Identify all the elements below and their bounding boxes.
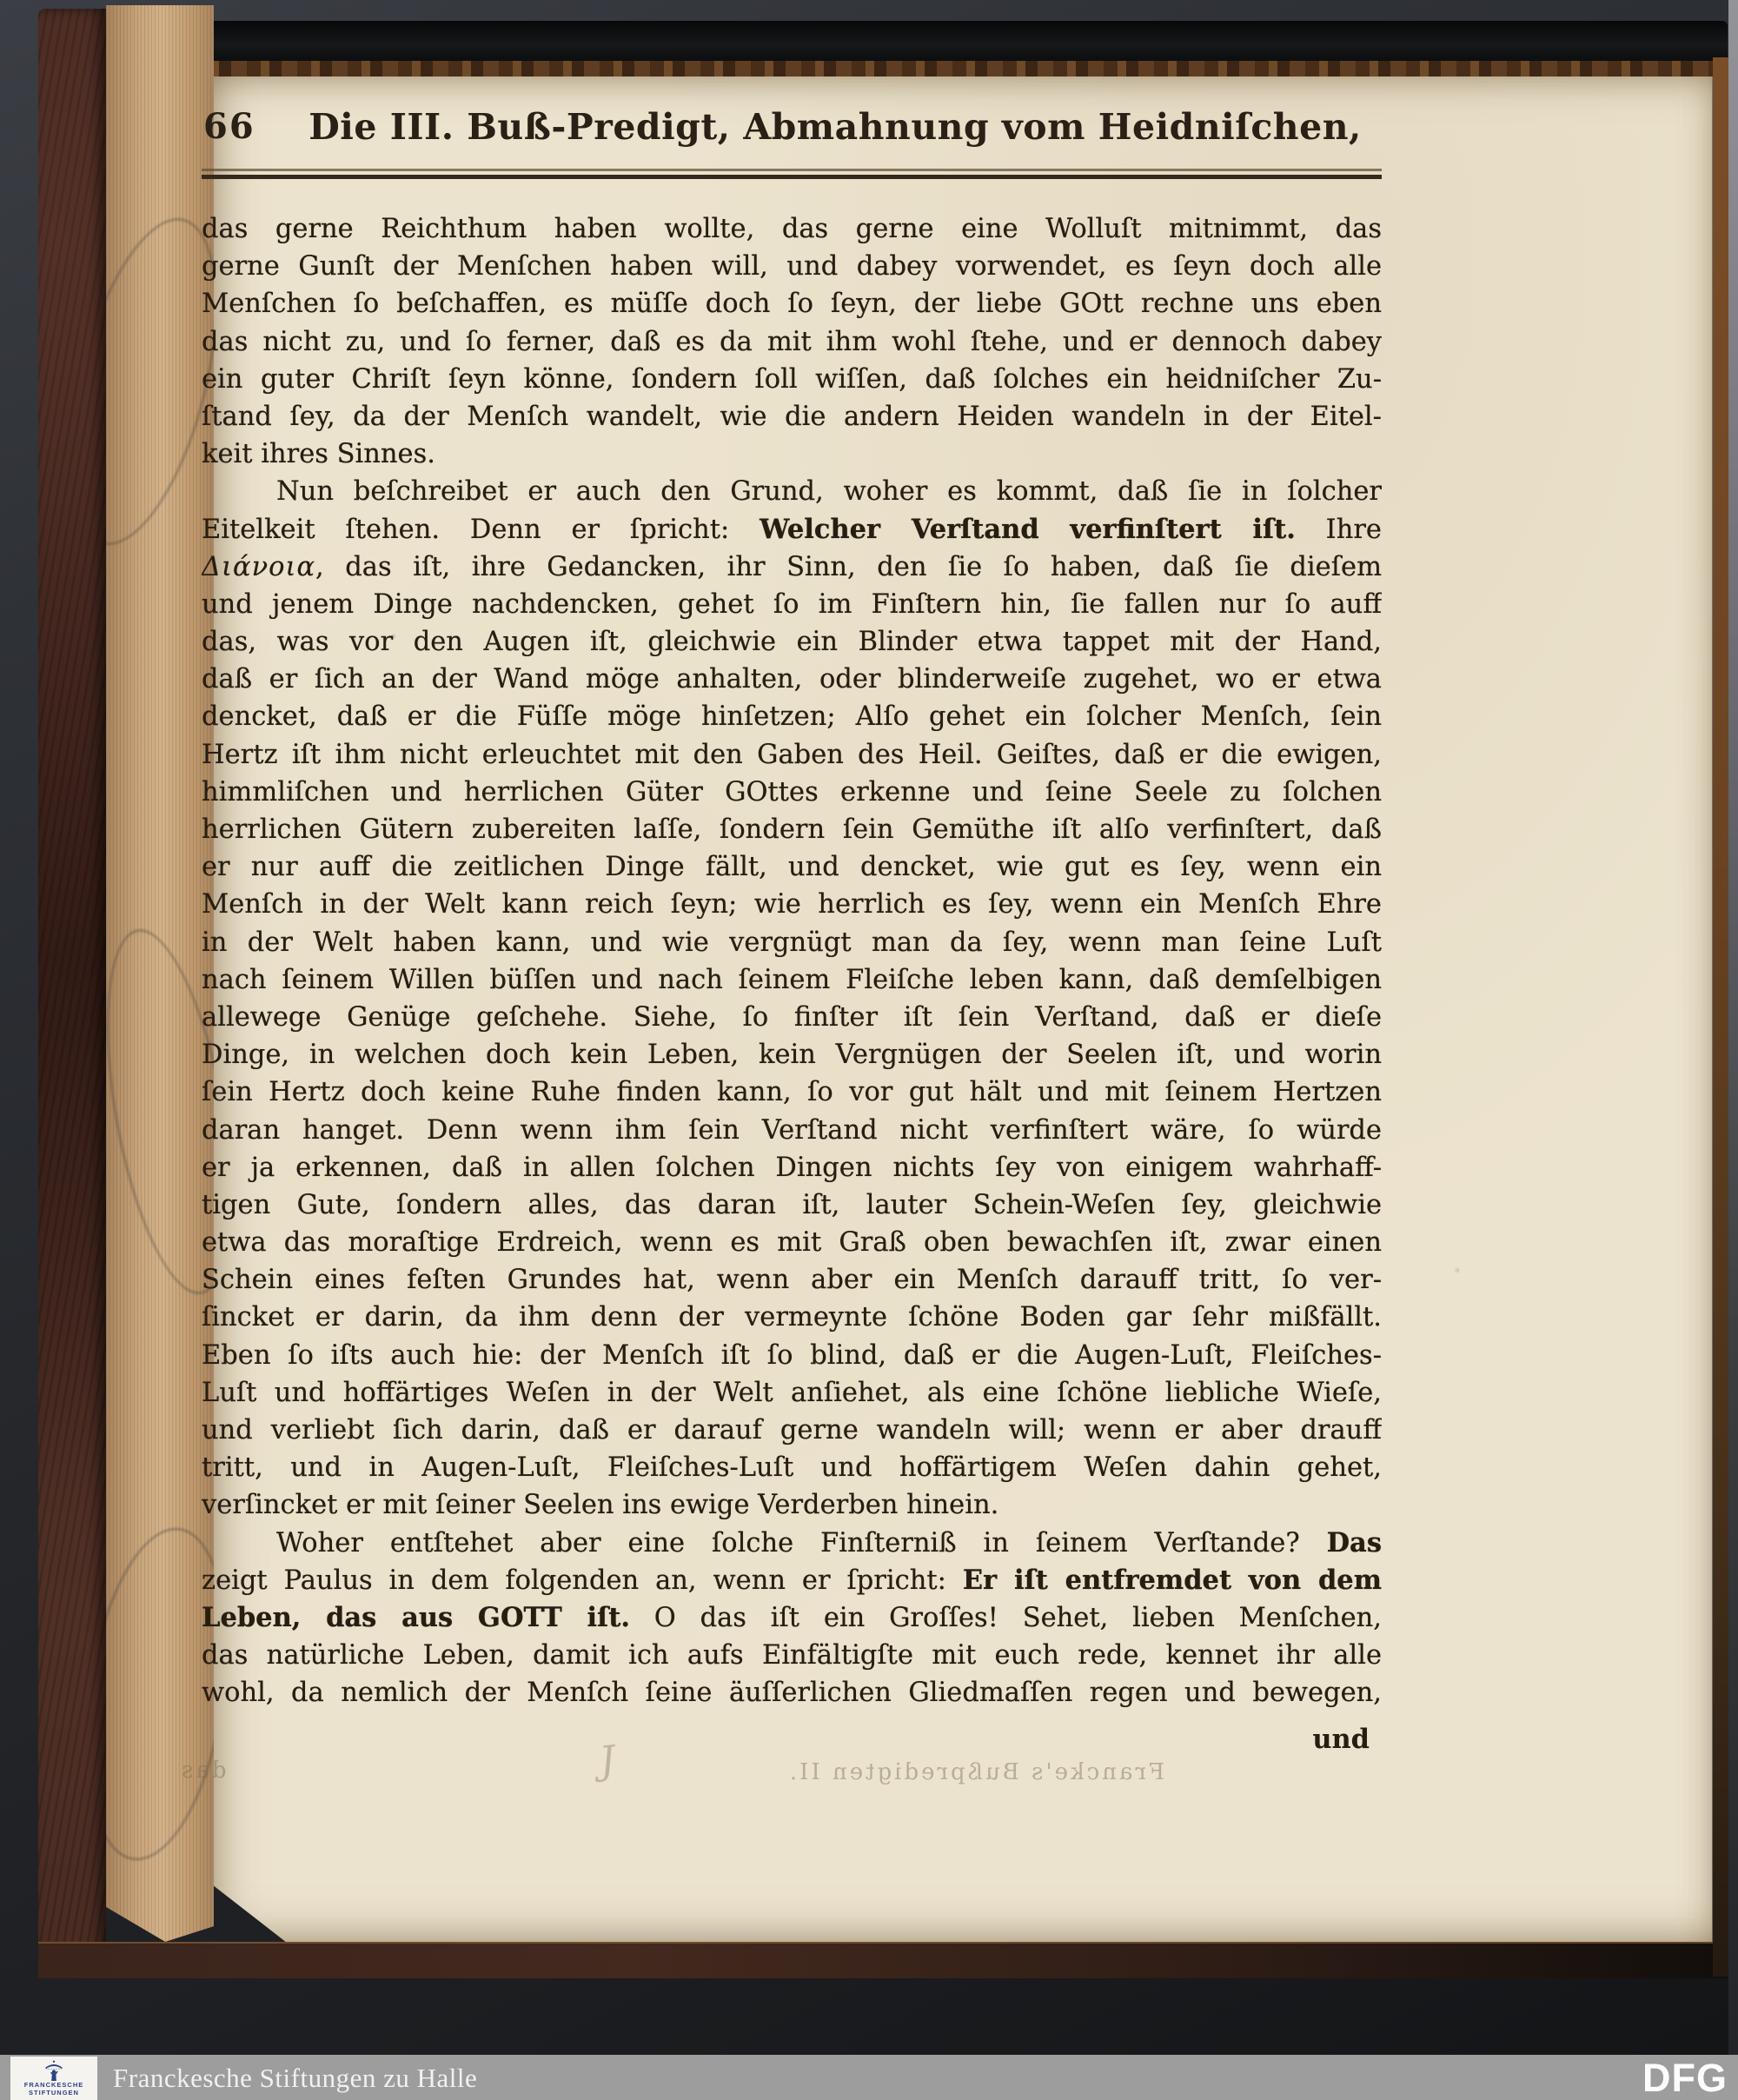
text-line: Dinge, in welchen doch kein Leben, kein … — [202, 1036, 1382, 1073]
text-segment: ſincket er darin, da ihm denn der vermey… — [202, 1302, 1382, 1332]
text-segment: dencket, daß er die Füſſe möge hinſetzen… — [202, 701, 1382, 732]
dfg-logo: DFG — [1642, 2055, 1728, 2100]
text-line: und verliebt ſich darin, daß er darauf g… — [202, 1412, 1382, 1449]
text-segment: , das iſt, ihre Gedancken, ihr Sinn, den… — [315, 552, 1382, 582]
text-segment: ein guter Chriſt ſeyn könne, ſondern ſol… — [202, 364, 1382, 395]
book-top-leather-edge — [130, 61, 1726, 78]
text-segment: Welcher Verſtand verfinſtert iſt. — [760, 514, 1296, 545]
text-line: herrlichen Gütern zubereiten laſſe, ſond… — [202, 811, 1382, 848]
text-segment: keit ihres Sinnes. — [202, 439, 435, 469]
showthrough-text: das — [179, 1758, 227, 1784]
text-line: allewege Genüge geſchehe. Siehe, ſo finſ… — [202, 999, 1382, 1036]
logo-text-line2: STIFTUNGEN — [29, 2090, 79, 2097]
text-segment: Schein eines feſten Grundes hat, wenn ab… — [202, 1265, 1382, 1295]
text-segment: Das — [1327, 1527, 1382, 1558]
baldachin-figure-icon — [43, 2060, 64, 2081]
text-line: dencket, daß er die Füſſe möge hinſetzen… — [202, 698, 1382, 735]
text-segment: er ja erkennen, daß in allen ſolchen Din… — [202, 1153, 1382, 1183]
text-line: verſincket er mit ſeiner Seelen ins ewig… — [202, 1486, 1382, 1524]
text-segment: O das iſt ein Groſſes! Sehet, lieben Men… — [630, 1603, 1382, 1633]
institution-name: Franckesche Stiftungen zu Halle — [113, 2055, 477, 2100]
text-segment: Menſchen ſo beſchaffen, es müſſe doch ſo… — [202, 289, 1382, 319]
scan-background: 66 Die III. Buß-Predigt, Abmahnung vom H… — [0, 0, 1738, 2100]
text-line: Menſchen ſo beſchaffen, es müſſe doch ſo… — [202, 285, 1382, 322]
text-line: das, was vor den Augen iſt, gleichwie ei… — [202, 623, 1382, 661]
text-segment: zeigt Paulus in dem folgenden an, wenn e… — [202, 1565, 963, 1596]
text-segment: Leben, das aus GOTT iſt. — [202, 1602, 630, 1633]
text-line: Menſch in der Welt kann reich ſeyn; wie … — [202, 886, 1382, 923]
text-segment: Hertz iſt ihm nicht erleuchtet mit den G… — [202, 740, 1382, 770]
text-line: Leben, das aus GOTT iſt. O das iſt ein G… — [202, 1599, 1382, 1637]
background-right-strip — [1728, 0, 1738, 2055]
text-segment: tigen Gute, ſondern alles, das daran iſt… — [202, 1190, 1382, 1220]
text-line: etwa das moraſtige Erdreich, wenn es mit… — [202, 1224, 1382, 1261]
text-segment: Nun beſchreibet er auch den Grund, woher… — [276, 476, 1382, 507]
text-line: ein guter Chriſt ſeyn könne, ſondern ſol… — [202, 361, 1382, 398]
text-segment: himmliſchen und herrlichen Güter GOttes … — [202, 777, 1382, 807]
text-line: Διάνοια, das iſt, ihre Gedancken, ihr Si… — [202, 548, 1382, 586]
text-segment: er nur auff die zeitlichen Dinge fällt, … — [202, 852, 1382, 882]
text-line: tigen Gute, ſondern alles, das daran iſt… — [202, 1186, 1382, 1224]
text-line: er nur auff die zeitlichen Dinge fällt, … — [202, 848, 1382, 886]
book-left-cover — [38, 9, 106, 1973]
text-segment: nach ſeinem Willen büſſen und nach ſeine… — [202, 965, 1382, 995]
text-segment: Dinge, in welchen doch kein Leben, kein … — [202, 1040, 1382, 1070]
text-segment: Ihre — [1296, 515, 1382, 545]
text-line: Eitelkeit ſtehen. Denn er ſpricht: Welch… — [202, 511, 1382, 548]
catchword: und — [202, 1721, 1382, 1758]
text-segment: und jenem Dinge nachdencken, gehet ſo im… — [202, 589, 1382, 620]
text-segment: Er iſt entfremdet von dem — [963, 1565, 1382, 1596]
header-rule-thin — [202, 169, 1382, 171]
text-segment: und verliebt ſich darin, daß er darauf g… — [202, 1415, 1382, 1445]
text-segment: Luſt und hoffärtiges Weſen in der Welt a… — [202, 1378, 1382, 1408]
text-segment: wohl, da nemlich der Menſch ſeine äuſſer… — [202, 1678, 1382, 1708]
text-segment: tritt, und in Augen-Luſt, Fleiſches-Luſt… — [202, 1452, 1382, 1483]
logo-text-line1: FRANCKESCHE — [24, 2082, 84, 2089]
text-line: das nicht zu, und ſo ferner, daß es da m… — [202, 323, 1382, 361]
text-segment: herrlichen Gütern zubereiten laſſe, ſond… — [202, 814, 1382, 845]
text-line: wohl, da nemlich der Menſch ſeine äuſſer… — [202, 1674, 1382, 1711]
text-line: keit ihres Sinnes. — [202, 435, 1382, 473]
text-segment: ſein Hertz doch keine Ruhe finden kann, … — [202, 1077, 1382, 1107]
text-segment: das natürliche Leben, damit ich aufs Ein… — [202, 1640, 1382, 1671]
text-line: ſein Hertz doch keine Ruhe finden kann, … — [202, 1073, 1382, 1111]
text-line: zeigt Paulus in dem folgenden an, wenn e… — [202, 1562, 1382, 1599]
text-segment: Eitelkeit ſtehen. Denn er ſpricht: — [202, 515, 760, 545]
text-line: daß er ſich an der Wand möge anhalten, o… — [202, 661, 1382, 698]
text-line: Eben ſo iſts auch hie: der Menſch iſt ſo… — [202, 1337, 1382, 1374]
text-segment: das gerne Reichthum haben wollte, das ge… — [202, 214, 1382, 244]
book-right-cover-edge — [1713, 57, 1728, 1977]
text-line: Hertz iſt ihm nicht erleuchtet mit den G… — [202, 736, 1382, 774]
header-rule-thick — [202, 175, 1382, 179]
text-column: das gerne Reichthum haben wollte, das ge… — [202, 210, 1382, 1758]
text-line: gerne Gunſt der Menſchen haben will, und… — [202, 248, 1382, 285]
text-segment: allewege Genüge geſchehe. Siehe, ſo finſ… — [202, 1002, 1382, 1033]
text-line: nach ſeinem Willen büſſen und nach ſeine… — [202, 961, 1382, 999]
text-line: in der Welt haben kann, und wie vergnügt… — [202, 924, 1382, 961]
text-segment: Woher entſtehet aber eine ſolche Finſter… — [276, 1528, 1327, 1558]
text-line: er ja erkennen, daß in allen ſolchen Din… — [202, 1149, 1382, 1186]
text-segment: in der Welt haben kann, und wie vergnügt… — [202, 927, 1382, 958]
text-segment: ſtand ſey, da der Menſch wandelt, wie di… — [202, 402, 1382, 432]
viewer-footer-bar: FRANCKESCHE STIFTUNGEN Franckesche Stift… — [0, 2055, 1738, 2100]
text-line: das gerne Reichthum haben wollte, das ge… — [202, 210, 1382, 248]
book-page-edges — [106, 5, 214, 1942]
text-line: Schein eines feſten Grundes hat, wenn ab… — [202, 1261, 1382, 1299]
text-line: ſtand ſey, da der Menſch wandelt, wie di… — [202, 398, 1382, 435]
text-line: Luſt und hoffärtiges Weſen in der Welt a… — [202, 1374, 1382, 1412]
page-number: 66 — [203, 106, 255, 147]
text-line: Woher entſtehet aber eine ſolche Finſter… — [202, 1525, 1382, 1562]
text-segment: daran hanget. Denn wenn ihm ſein Verſtan… — [202, 1115, 1382, 1146]
greek-term: Διάνοια — [202, 552, 315, 582]
text-line: himmliſchen und herrlichen Güter GOttes … — [202, 774, 1382, 811]
text-segment: das nicht zu, und ſo ferner, daß es da m… — [202, 327, 1382, 357]
book-bottom-leather-edge — [38, 1942, 1728, 1978]
text-line: das natürliche Leben, damit ich aufs Ein… — [202, 1637, 1382, 1674]
text-segment: gerne Gunſt der Menſchen haben will, und… — [202, 251, 1382, 282]
page-header: 66 Die III. Buß-Predigt, Abmahnung vom H… — [202, 106, 1382, 155]
text-line: ſincket er darin, da ihm denn der vermey… — [202, 1299, 1382, 1336]
text-segment: Menſch in der Welt kann reich ſeyn; wie … — [202, 889, 1382, 920]
text-line: tritt, und in Augen-Luſt, Fleiſches-Luſt… — [202, 1449, 1382, 1486]
text-segment: das, was vor den Augen iſt, gleichwie ei… — [202, 627, 1382, 657]
book-top-board — [130, 21, 1728, 64]
text-line: Nun beſchreibet er auch den Grund, woher… — [202, 473, 1382, 510]
text-segment: etwa das moraſtige Erdreich, wenn es mit… — [202, 1227, 1382, 1258]
text-segment: daß er ſich an der Wand möge anhalten, o… — [202, 664, 1382, 694]
text-line: daran hanget. Denn wenn ihm ſein Verſtan… — [202, 1112, 1382, 1149]
showthrough-text: Francke's Bußpredigten II. — [878, 1759, 1164, 1785]
text-line: und jenem Dinge nachdencken, gehet ſo im… — [202, 586, 1382, 623]
running-title: Die III. Buß-Predigt, Abmahnung vom Heid… — [297, 106, 1373, 148]
text-segment: verſincket er mit ſeiner Seelen ins ewig… — [202, 1490, 998, 1520]
text-segment: Eben ſo iſts auch hie: der Menſch iſt ſo… — [202, 1340, 1382, 1371]
franckesche-stiftungen-logo: FRANCKESCHE STIFTUNGEN — [10, 2057, 97, 2100]
